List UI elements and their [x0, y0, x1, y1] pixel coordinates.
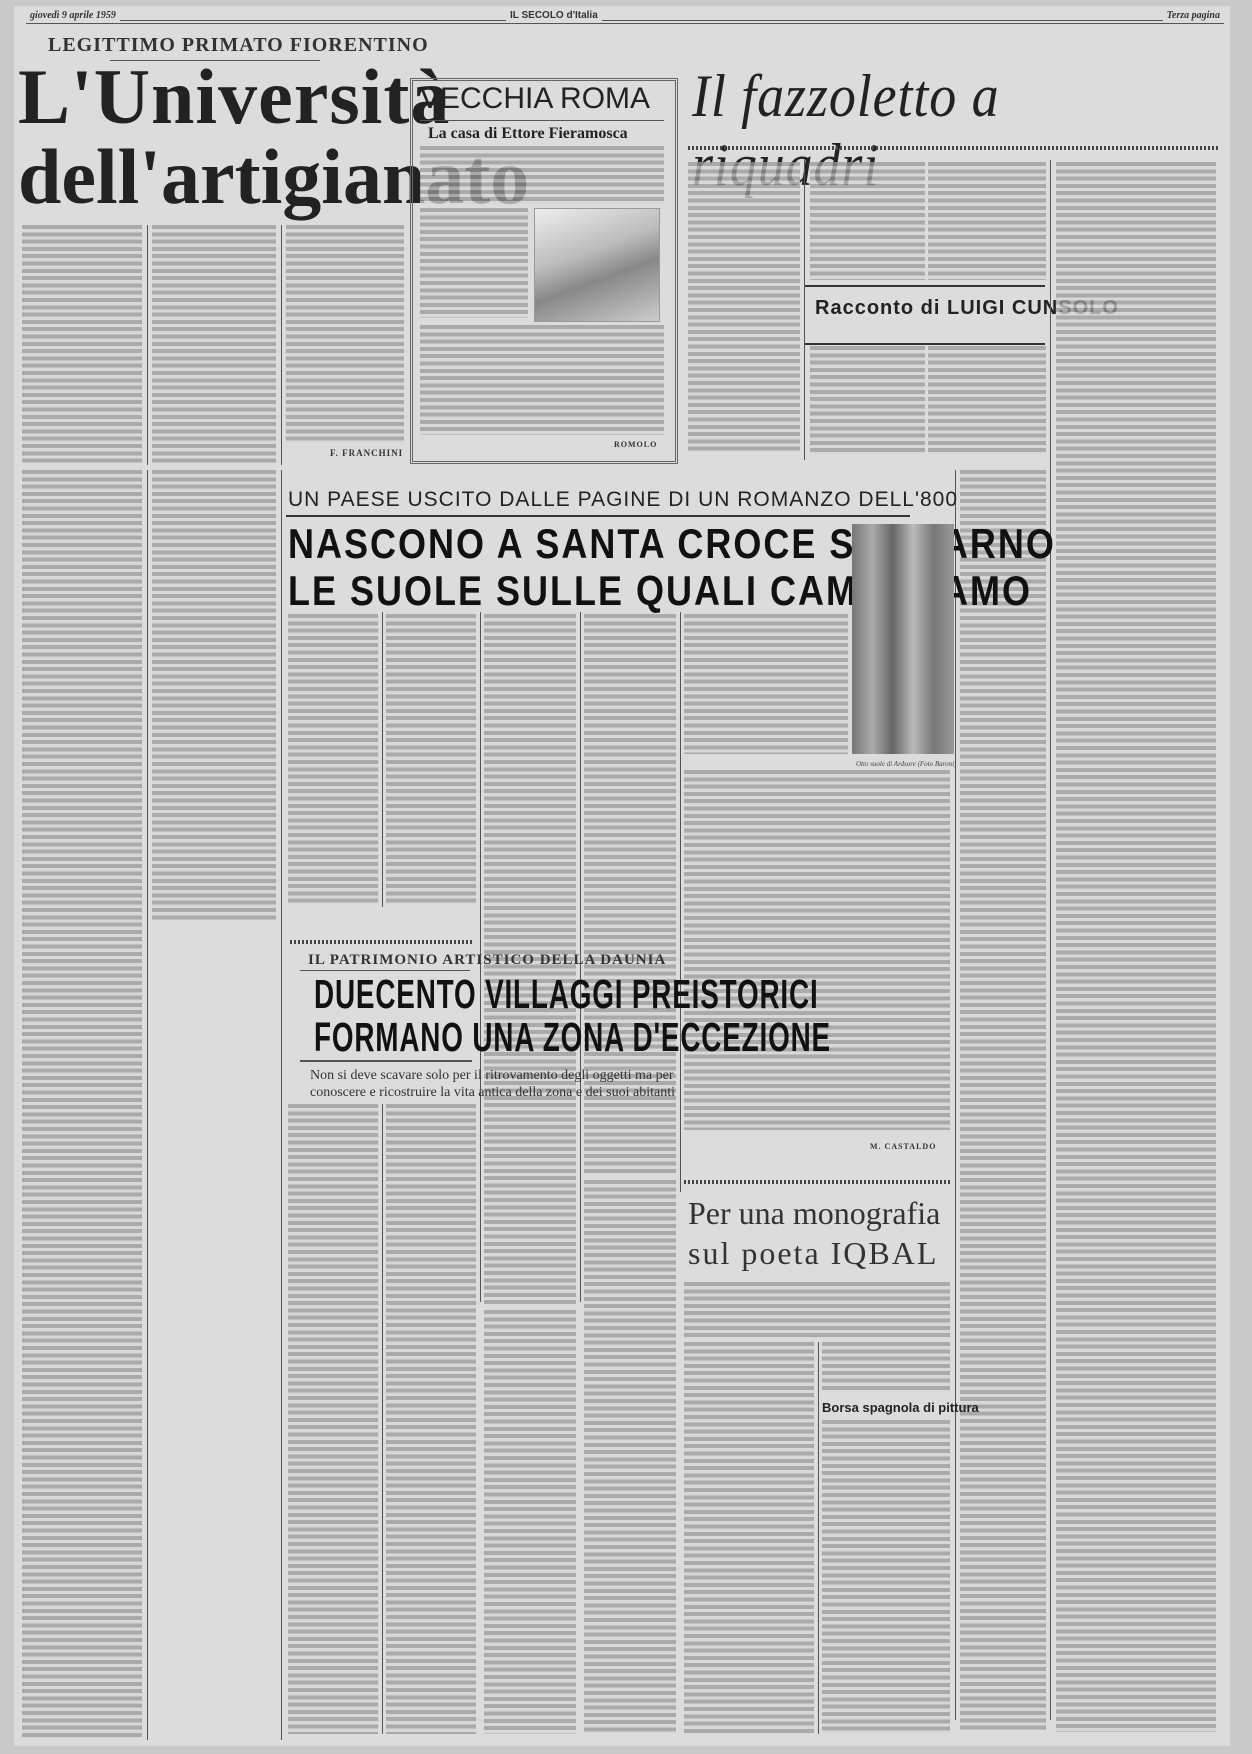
column-divider [680, 612, 681, 1192]
fazzoletto-column-1 [688, 162, 800, 452]
dotted-rule [290, 940, 474, 944]
vecchia-roma-text [420, 146, 664, 204]
header-rule [26, 20, 1224, 24]
santa-croce-column-4-cont [584, 1180, 676, 1734]
iqbal-text [684, 1282, 950, 1338]
vecchia-roma-section: VECCHIA ROMA [420, 82, 650, 116]
santa-croce-kicker: UN PAESE USCITO DALLE PAGINE DI UN ROMAN… [288, 488, 958, 512]
borsa-headline: Borsa spagnola di pittura [822, 1400, 979, 1415]
column-divider [382, 612, 383, 907]
daunia-column-1 [288, 1104, 378, 1734]
headline-rule [300, 1060, 472, 1062]
issue-date: giovedì 9 aprile 1959 [26, 10, 120, 21]
house-illustration [534, 208, 660, 322]
vecchia-roma-headline: La casa di Ettore Fieramosca [428, 125, 628, 143]
universita-byline: F. FRANCHINI [330, 448, 403, 458]
dotted-rule [688, 146, 1218, 150]
page-header: giovedì 9 aprile 1959 IL SECOLO d'Italia… [26, 8, 1224, 30]
fazzoletto-column-5 [960, 470, 1046, 1730]
daunia-subhead-2: conoscere e ricostruire la vita antica d… [310, 1085, 675, 1101]
daunia-column-3 [484, 1310, 576, 1734]
page-label: Terza pagina [1163, 10, 1224, 21]
fazzoletto-column-3-cont [928, 346, 1046, 454]
fazzoletto-column-2-cont [810, 346, 925, 454]
santa-croce-column-5-cont [684, 770, 950, 1130]
column-divider [281, 470, 282, 1740]
column-divider [147, 470, 148, 1740]
section-rule [420, 120, 664, 121]
iqbal-column-2 [822, 1342, 950, 1392]
universita-column-1-cont [22, 470, 142, 1738]
santa-croce-photo [852, 524, 954, 754]
santa-croce-column-5 [684, 614, 848, 754]
column-divider [382, 1104, 383, 1734]
vecchia-roma-signature: ROMOLO [614, 440, 657, 449]
column-divider [818, 1342, 819, 1734]
iqbal-column-1 [684, 1342, 814, 1734]
daunia-column-2 [386, 1104, 476, 1734]
universita-column-2 [152, 225, 276, 463]
vecchia-roma-text [420, 208, 528, 318]
iqbal-headline-1: Per una monografia [688, 1195, 940, 1232]
fazzoletto-column-4 [1056, 162, 1216, 1732]
dotted-rule [684, 1180, 950, 1184]
fazzoletto-column-3 [928, 162, 1046, 280]
daunia-kicker: IL PATRIMONIO ARTISTICO DELLA DAUNIA [308, 952, 666, 969]
santa-croce-column-1 [288, 614, 378, 904]
borsa-text [822, 1420, 950, 1734]
column-divider [281, 225, 282, 465]
santa-croce-column-2 [386, 614, 476, 904]
column-divider [1050, 160, 1051, 1720]
universita-column-3 [286, 225, 404, 443]
photo-caption: Otto suole di Ardsore (Foto Baroni) [856, 760, 956, 768]
vecchia-roma-text [420, 325, 664, 435]
santa-croce-signature: M. CASTALDO [870, 1142, 936, 1151]
iqbal-headline-2: sul poeta IQBAL [688, 1235, 938, 1272]
daunia-headline-1: DUECENTO VILLAGGI PREISTORICI [314, 972, 819, 1019]
universita-column-1 [22, 225, 142, 463]
paper-name: IL SECOLO d'Italia [506, 10, 602, 21]
kicker-rule [300, 970, 470, 971]
universita-headline-1: L'Università [18, 62, 450, 132]
daunia-subhead-1: Non si deve scavare solo per il ritrovam… [310, 1068, 674, 1084]
daunia-headline-2: FORMANO UNA ZONA D'ECCEZIONE [314, 1015, 831, 1062]
fazzoletto-column-2 [810, 162, 925, 280]
universita-column-2-cont [152, 470, 276, 920]
column-divider [147, 225, 148, 465]
kicker-rule [286, 515, 910, 517]
column-divider [955, 470, 956, 1720]
